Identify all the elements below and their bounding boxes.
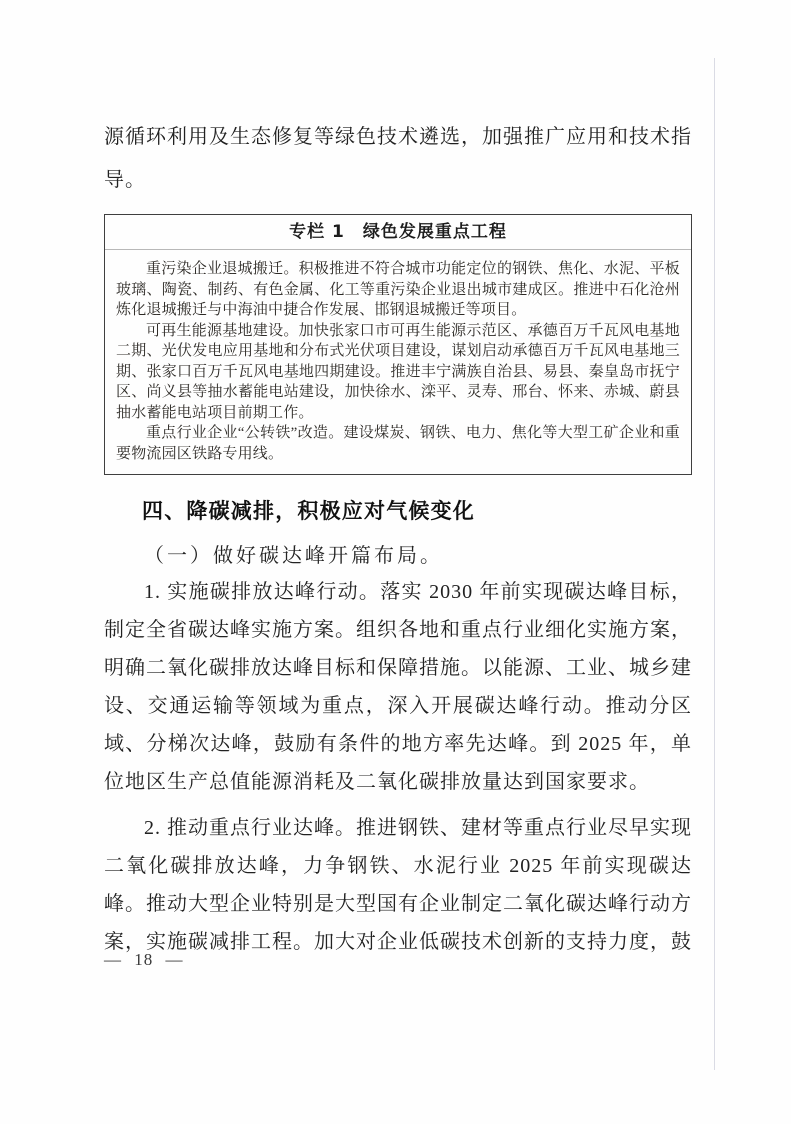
body-paragraph: 1. 实施碳排放达峰行动。落实 2030 年前实现碳达峰目标，制定全省碳达峰实施… <box>104 573 692 801</box>
page-content: 源循环利用及生态修复等绿色技术遴选，加强推广应用和技术指导。 专栏 1 绿色发展… <box>104 116 692 961</box>
feature-box-paragraph: 重污染企业退城搬迁。积极推进不符合城市功能定位的钢铁、焦化、水泥、平板玻璃、陶瓷… <box>116 259 680 321</box>
feature-box-paragraph: 可再生能源基地建设。加快张家口市可再生能源示范区、承德百万千瓦风电基地二期、光伏… <box>116 321 680 424</box>
page-number: — 18 — <box>104 950 184 970</box>
feature-box-body: 重污染企业退城搬迁。积极推进不符合城市功能定位的钢铁、焦化、水泥、平板玻璃、陶瓷… <box>105 250 691 474</box>
subsection-heading: （一）做好碳达峰开篇布局。 <box>104 541 692 571</box>
feature-box-title: 专栏 1 绿色发展重点工程 <box>105 215 691 250</box>
body-paragraph: 2. 推动重点行业达峰。推进钢铁、建材等重点行业尽早实现二氧化碳排放达峰，力争钢… <box>104 809 692 961</box>
feature-box: 专栏 1 绿色发展重点工程 重污染企业退城搬迁。积极推进不符合城市功能定位的钢铁… <box>104 214 692 475</box>
scan-artifact-line <box>714 58 715 1070</box>
paragraph-continuation: 源循环利用及生态修复等绿色技术遴选，加强推广应用和技术指导。 <box>104 116 692 202</box>
document-page: 源循环利用及生态修复等绿色技术遴选，加强推广应用和技术指导。 专栏 1 绿色发展… <box>0 0 791 1124</box>
feature-box-paragraph: 重点行业企业“公转铁”改造。建设煤炭、钢铁、电力、焦化等大型工矿企业和重要物流园… <box>116 423 680 464</box>
section-heading: 四、降碳减排，积极应对气候变化 <box>142 497 692 525</box>
